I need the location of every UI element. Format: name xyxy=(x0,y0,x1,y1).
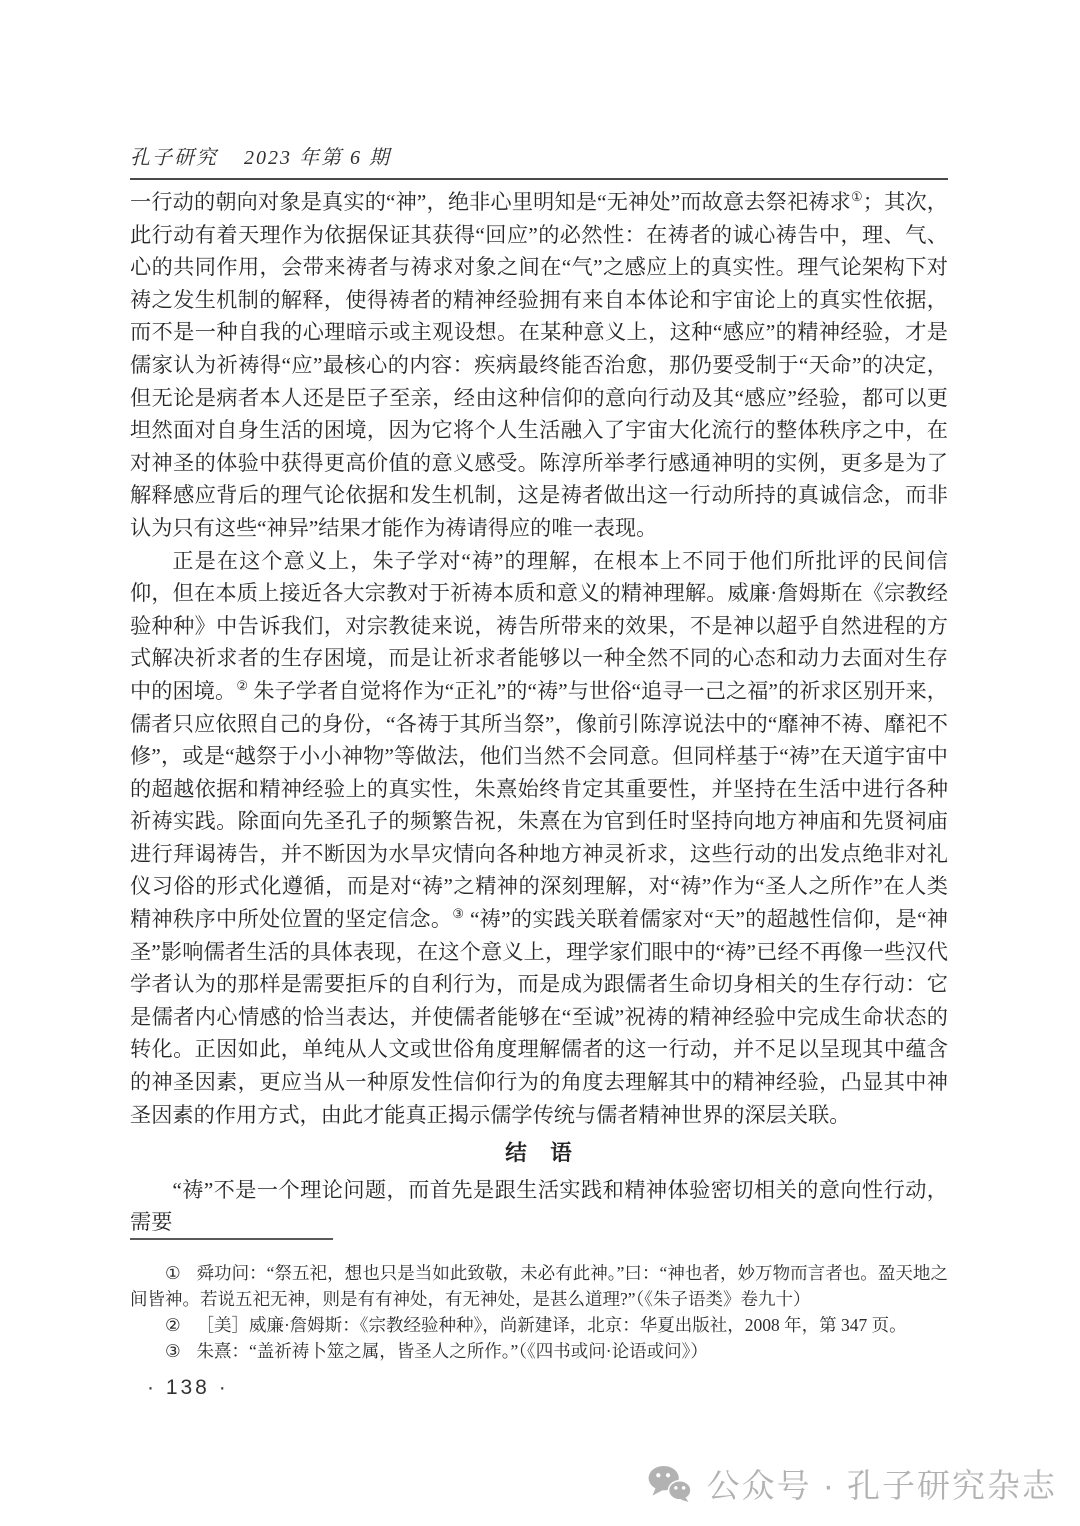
footnote-separator xyxy=(130,1238,333,1240)
footnote-text: ［美］威廉·詹姆斯：《宗教经验种种》，尚新建译，北京：华夏出版社，2008 年，… xyxy=(196,1315,906,1335)
footnote-ref-1: ① xyxy=(851,189,863,204)
footnote-ref-2: ② xyxy=(236,678,248,693)
footnote: ③朱熹：“盖祈祷卜筮之属，皆圣人之所作。”（《四书或问·论语或问》） xyxy=(130,1338,948,1364)
paragraph-2-text-cont2: “祷”的实践关联着儒家对“天”的超越性信仰，是“神圣”影响儒者生活的具体表现，在… xyxy=(130,907,948,1127)
paragraph-2-text-cont: 朱子学者自觉将作为“正礼”的“祷”与世俗“追寻一己之福”的祈求区别开来，儒者只应… xyxy=(130,679,948,931)
conclusion-paragraph: “祷”不是一个理论问题，而首先是跟生活实践和精神体验密切相关的意向性行动，需要 xyxy=(130,1174,948,1239)
paragraph-1-text-cont: ；其次，此行动有着天理作为依据保证其获得“回应”的必然性：在祷者的诚心祷告中，理… xyxy=(130,190,948,540)
watermark-label: 公众号 · 孔子研究杂志 xyxy=(707,1460,1057,1507)
footnote-marker: ③ xyxy=(165,1341,181,1361)
paragraph-1-text: 一行动的朝向对象是真实的“神”，绝非心里明知是“无神处”而故意去祭祀祷求 xyxy=(130,190,851,214)
footnote-marker: ② xyxy=(165,1315,181,1335)
journal-title: 孔子研究 xyxy=(130,147,218,169)
article-body: 一行动的朝向对象是真实的“神”，绝非心里明知是“无神处”而故意去祭祀祷求①；其次… xyxy=(130,186,948,1239)
footnote-ref-3: ③ xyxy=(452,906,464,921)
running-head: 孔子研究2023 年第 6 期 xyxy=(130,141,948,180)
footnote-marker: ① xyxy=(165,1263,181,1283)
footnotes-block: ①舜功问：“祭五祀，想也只是当如此致敬，未必有此神。”曰：“神也者，妙万物而言者… xyxy=(130,1260,948,1364)
paragraph-2: 正是在这个意义上，朱子学对“祷”的理解，在根本上不同于他们所批评的民间信仰，但在… xyxy=(130,545,948,1132)
issue-label: 2023 年第 6 期 xyxy=(244,147,391,169)
footnote-text: 朱熹：“盖祈祷卜筮之属，皆圣人之所作。”（《四书或问·论语或问》） xyxy=(196,1341,707,1361)
page-number: · 138 · xyxy=(147,1376,229,1400)
paragraph-1: 一行动的朝向对象是真实的“神”，绝非心里明知是“无神处”而故意去祭祀祷求①；其次… xyxy=(130,186,948,545)
footnote-text: 舜功问：“祭五祀，想也只是当如此致敬，未必有此神。”曰：“神也者，妙万物而言者也… xyxy=(130,1263,948,1309)
document-page: 孔子研究2023 年第 6 期 一行动的朝向对象是真实的“神”，绝非心里明知是“… xyxy=(0,0,1080,1526)
footnote: ①舜功问：“祭五祀，想也只是当如此致敬，未必有此神。”曰：“神也者，妙万物而言者… xyxy=(130,1260,948,1312)
footnote: ②［美］威廉·詹姆斯：《宗教经验种种》，尚新建译，北京：华夏出版社，2008 年… xyxy=(130,1312,948,1338)
wechat-watermark: 公众号 · 孔子研究杂志 xyxy=(647,1460,1057,1507)
section-title: 结 语 xyxy=(130,1137,948,1170)
wechat-icon xyxy=(647,1465,694,1502)
